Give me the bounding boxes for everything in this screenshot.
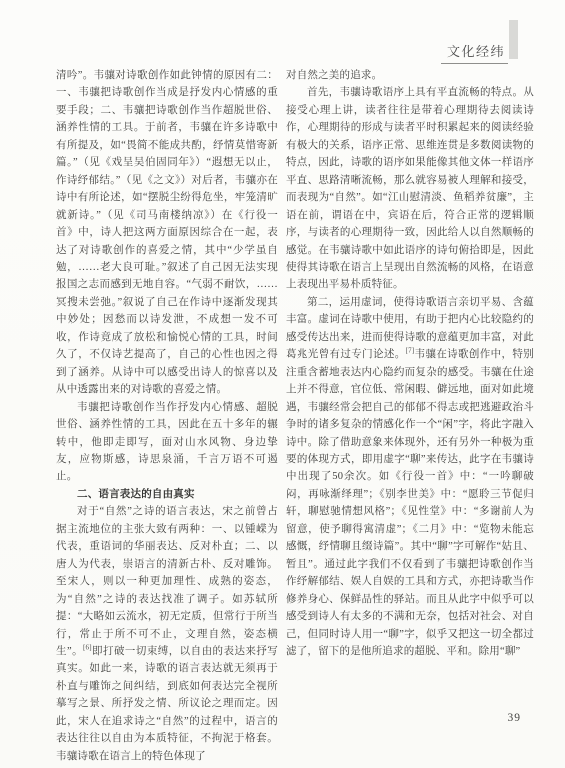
right-column: 对自然之美的追求。 首先，韦骧诗歌语序上具有平直流畅的特点。从接受心理上讲，读者… (286, 67, 534, 660)
paragraph-continuation: 对自然之美的追求。 (286, 67, 534, 84)
header-corner-bar (509, 20, 518, 59)
section-label: 文化经纬 (441, 41, 508, 64)
page-number: 39 (508, 712, 522, 724)
page-footer: 39 (508, 712, 522, 724)
paragraph: 韦骧把诗歌创作当作抒发内心情感、超脱世俗、涵养性情的工具，因此在五十多年的辗转中… (56, 399, 278, 486)
journal-scanned-page: 文化经纬 清吟”。韦骧对诗歌创作如此钟情的原因有二：一、韦骧把诗歌创作当成是抒发… (0, 0, 565, 768)
section-heading: 二、语言表达的自由真实 (56, 486, 278, 503)
left-column: 清吟”。韦骧对诗歌创作如此钟情的原因有二：一、韦骧把诗歌创作当成是抒发内心情感的… (56, 67, 278, 765)
paragraph: 对于“自然”之诗的语言表达，宋之前曾占据主流地位的主张大致有两种：一、以锺嵘为代… (56, 503, 278, 765)
paragraph: 首先，韦骧诗歌语序上具有平直流畅的特点。从接受心理上讲，读者往往是带着心理期待去… (286, 84, 534, 293)
paragraph-continuation: 清吟”。韦骧对诗歌创作如此钟情的原因有二：一、韦骧把诗歌创作当成是抒发内心情感的… (56, 67, 278, 399)
paragraph: 第二，运用虚词，使得诗歌语言亲切平易、含蕴丰富。虚词在诗歌中使用，有助于把内心比… (286, 294, 534, 661)
